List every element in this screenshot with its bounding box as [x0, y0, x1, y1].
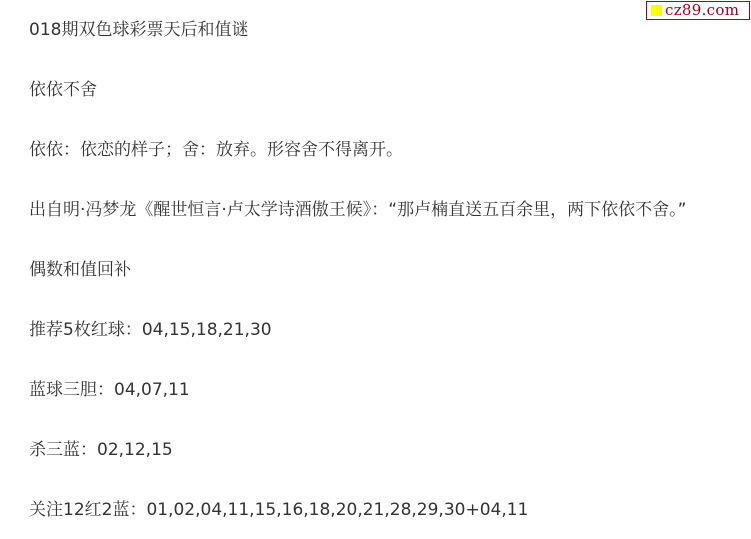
idiom-definition: 依依：依恋的样子；舍：放弃。形容舍不得离开。	[29, 138, 403, 162]
combination-picks: 关注12红2蓝：01,02,04,11,15,16,18,20,21,28,29…	[29, 498, 528, 522]
blue-ball-exclusions: 杀三蓝：02,12,15	[29, 438, 173, 462]
site-watermark: cz89.com	[646, 1, 750, 20]
idiom-source: 出自明·冯梦龙《醒世恒言·卢太学诗酒傲王候》：“那卢楠直送五百余里，两下依依不舍…	[29, 198, 686, 222]
article-title: 018期双色球彩票天后和值谜	[29, 18, 248, 42]
hint-line: 偶数和值回补	[29, 258, 131, 282]
red-ball-recommendation: 推荐5枚红球：04,15,18,21,30	[29, 318, 272, 342]
blue-ball-picks: 蓝球三胆：04,07,11	[29, 378, 190, 402]
idiom-heading: 依依不舍	[29, 78, 97, 102]
watermark-text: cz89.com	[665, 2, 739, 19]
yellow-square-icon	[651, 5, 662, 16]
